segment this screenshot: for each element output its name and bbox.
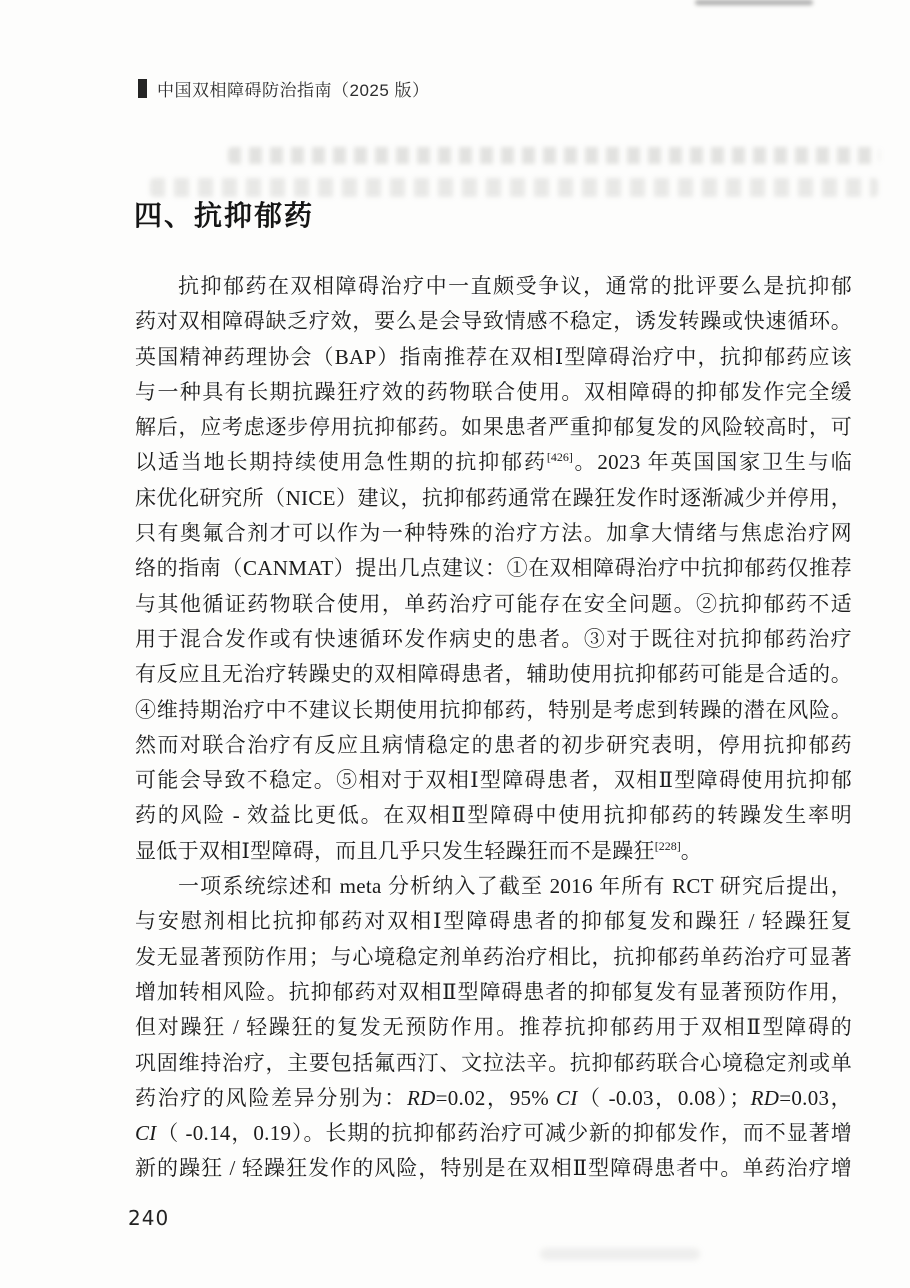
- text-line: 显低于双相Ⅰ型障碍，而且几乎只发生轻躁狂而不是躁狂[228]。: [135, 834, 852, 869]
- text-line: 与其他循证药物联合使用，单药治疗可能存在安全问题。②抗抑郁药不适: [135, 587, 852, 622]
- text-line: 络的指南（CANMAT）提出几点建议：①在双相障碍治疗中抗抑郁药仅推荐: [135, 551, 852, 586]
- text-line: 以适当地长期持续使用急性期的抗抑郁药[426]。2023 年英国国家卫生与临: [135, 445, 852, 480]
- body-text: 抗抑郁药在双相障碍治疗中一直颇受争议，通常的批评要么是抗抑郁药对双相障碍缺乏疗效…: [135, 269, 852, 1187]
- paragraph: 一项系统综述和 meta 分析纳入了截至 2016 年所有 RCT 研究后提出，…: [135, 869, 852, 1187]
- text-line: 解后，应考虑逐步停用抗抑郁药。如果患者严重抑郁复发的风险较高时，可: [135, 410, 852, 445]
- text-line: 与一种具有长期抗躁狂疗效的药物联合使用。双相障碍的抑郁发作完全缓: [135, 375, 852, 410]
- page-number: 240: [128, 1206, 169, 1230]
- text-line: 增加转相风险。抗抑郁药对双相Ⅱ型障碍患者的抑郁复发有显著预防作用，: [135, 975, 852, 1010]
- text-line: 用于混合发作或有快速循环发作病史的患者。③对于既往对抗抑郁药治疗: [135, 622, 852, 657]
- text-line: 英国精神药理协会（BAP）指南推荐在双相Ⅰ型障碍治疗中，抗抑郁药应该: [135, 340, 852, 375]
- text-line: 药对双相障碍缺乏疗效，要么是会导致情感不稳定，诱发转躁或快速循环。: [135, 304, 852, 339]
- text-line: 发无显著预防作用；与心境稳定剂单药治疗相比，抗抑郁药单药治疗可显著: [135, 940, 852, 975]
- text-line: 新的躁狂 / 轻躁狂发作的风险，特别是在双相Ⅱ型障碍患者中。单药治疗增: [135, 1151, 852, 1186]
- scanned-book-page: 中国双相障碍防治指南（2025 版） 四、抗抑郁药 抗抑郁药在双相障碍治疗中一直…: [0, 0, 910, 1288]
- scan-smear-artifact: [695, 0, 813, 5]
- text-line: 药治疗的风险差异分别为：RD=0.02，95% CI（ -0.03，0.08）；…: [135, 1081, 852, 1116]
- text-line: ④维持期治疗中不建议长期使用抗抑郁药，特别是考虑到转躁的潜在风险。: [135, 693, 852, 728]
- text-line: 药的风险 - 效益比更低。在双相Ⅱ型障碍中使用抗抑郁药的转躁发生率明: [135, 798, 852, 833]
- running-header: 中国双相障碍防治指南（2025 版）: [138, 76, 430, 101]
- text-line: 一项系统综述和 meta 分析纳入了截至 2016 年所有 RCT 研究后提出，: [135, 869, 852, 904]
- text-line: 可能会导致不稳定。⑤相对于双相Ⅰ型障碍患者，双相Ⅱ型障碍使用抗抑郁: [135, 763, 852, 798]
- header-bar-icon: [138, 79, 147, 98]
- text-line: 但对躁狂 / 轻躁狂的复发无预防作用。推荐抗抑郁药用于双相Ⅱ型障碍的: [135, 1010, 852, 1045]
- text-line: 床优化研究所（NICE）建议，抗抑郁药通常在躁狂发作时逐渐减少并停用，: [135, 481, 852, 516]
- text-line: 然而对联合治疗有反应且病情稳定的患者的初步研究表明，停用抗抑郁药: [135, 728, 852, 763]
- text-line: 只有奥氟合剂才可以作为一种特殊的治疗方法。加拿大情绪与焦虑治疗网: [135, 516, 852, 551]
- section-heading: 四、抗抑郁药: [134, 194, 314, 234]
- text-line: 有反应且无治疗转躁史的双相障碍患者，辅助使用抗抑郁药可能是合适的。: [135, 657, 852, 692]
- book-title: 中国双相障碍防治指南（2025 版）: [157, 76, 430, 101]
- paragraph: 抗抑郁药在双相障碍治疗中一直颇受争议，通常的批评要么是抗抑郁药对双相障碍缺乏疗效…: [135, 269, 852, 869]
- bleed-through-artifact: [228, 147, 880, 164]
- text-line: 抗抑郁药在双相障碍治疗中一直颇受争议，通常的批评要么是抗抑郁: [135, 269, 852, 304]
- text-line: 巩固维持治疗，主要包括氟西汀、文拉法辛。抗抑郁药联合心境稳定剂或单: [135, 1046, 852, 1081]
- text-line: CI（ -0.14，0.19）。长期的抗抑郁药治疗可减少新的抑郁发作，而不显著增…: [135, 1116, 852, 1151]
- scan-smudge-artifact: [540, 1248, 700, 1260]
- text-line: 与安慰剂相比抗抑郁药对双相Ⅰ型障碍患者的抑郁复发和躁狂 / 轻躁狂复: [135, 904, 852, 939]
